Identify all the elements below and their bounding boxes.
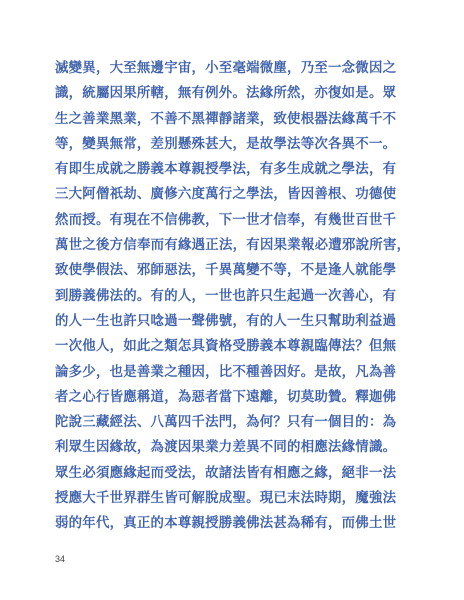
text-line: 到勝義佛法的。有的人，一世也許只生起過一次善心，有	[55, 284, 396, 309]
document-page: 滅變異，大至無邊宇宙，小至毫端微塵，乃至一念微因之 識，統屬因果所轄，無有例外。…	[0, 0, 464, 600]
text-line: 眾生必須應緣起而受法，故諸法皆有相應之緣，絕非一法	[55, 461, 396, 486]
text-line: 生之善業黑業，不善不黑禪靜諸業，致使根器法緣萬千不	[55, 107, 396, 132]
text-line: 弱的年代，真正的本尊親授勝義佛法甚為稀有，而佛土世	[55, 511, 396, 536]
body-text: 滅變異，大至無邊宇宙，小至毫端微塵，乃至一念微因之 識，統屬因果所轄，無有例外。…	[55, 56, 396, 537]
text-line: 論多少，也是善業之種因，比不種善因好。是故，凡為善	[55, 360, 396, 385]
text-line: 一次他人，如此之類怎具資格受勝義本尊親臨傳法？但無	[55, 334, 396, 359]
text-line: 授應大千世界群生皆可解脫成聖。現已末法時期，魔強法	[55, 486, 396, 511]
text-line: 等，變異無常，差別懸殊甚大，是故學法等次各異不一。	[55, 132, 396, 157]
text-line: 三大阿僧祇劫、廣修六度萬行之學法，皆因善根、功德使	[55, 182, 396, 207]
text-line: 致使學假法、邪師惡法，千異萬變不等，不是逢人就能學	[55, 258, 396, 283]
page-number: 34	[55, 553, 65, 565]
text-line: 識，統屬因果所轄，無有例外。法緣所然，亦復如是。眾	[55, 81, 396, 106]
text-line: 然而授。有現在不信佛教，下一世才信奉，有幾世百世千	[55, 208, 396, 233]
text-line: 有即生成就之勝義本尊親授學法，有多生成就之學法，有	[55, 157, 396, 182]
text-line: 滅變異，大至無邊宇宙，小至毫端微塵，乃至一念微因之	[55, 56, 396, 81]
text-line: 者之心行皆應稱道，為惡者當下遠離，切莫助贊。釋迦佛	[55, 385, 396, 410]
text-line: 陀說三藏經法、八萬四千法門，為何？只有一個目的：為	[55, 410, 396, 435]
text-line: 萬世之後方信奉而有緣遇正法，有因果業報必遭邪說所害，	[55, 233, 410, 258]
text-line: 的人一生也許只唸過一聲佛號，有的人一生只幫助利益過	[55, 309, 396, 334]
text-line: 利眾生因緣故，為渡因果業力差異不同的相應法緣情識。	[55, 435, 396, 460]
